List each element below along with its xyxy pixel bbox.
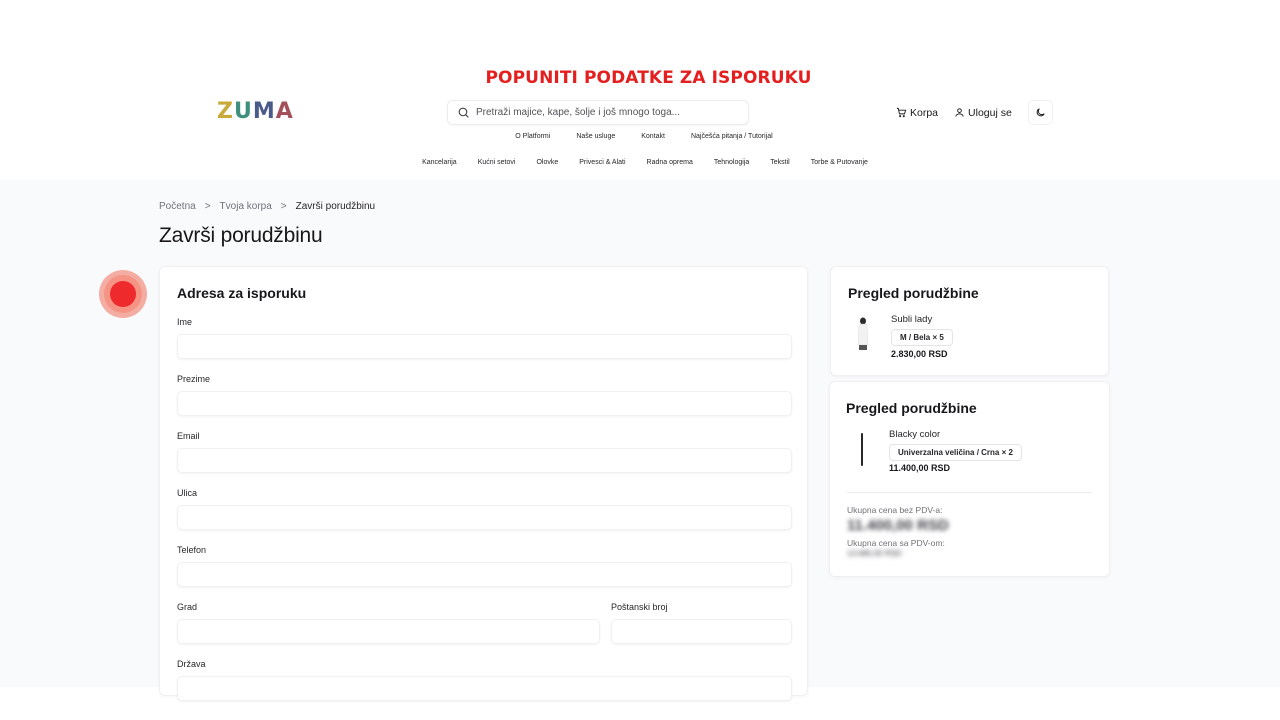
email-label: Email <box>177 431 200 441</box>
product-thumbnail-pen <box>861 433 863 466</box>
breadcrumb-current: Završi porudžbinu <box>296 201 375 212</box>
category-kucni-setovi[interactable]: Kućni setovi <box>478 159 516 166</box>
product-variant-chip: Univerzalna veličina / Crna × 2 <box>889 444 1022 461</box>
breadcrumb: Početna > Tvoja korpa > Završi porudžbin… <box>159 201 375 212</box>
country-label: Država <box>177 659 206 669</box>
logo-letter: Z <box>217 100 233 124</box>
category-torbe-putovanje[interactable]: Torbe & Putovanje <box>811 159 868 166</box>
total-with-vat-value: 13.680,00 RSD <box>847 549 902 558</box>
breadcrumb-separator: > <box>205 201 211 212</box>
last-name-field[interactable] <box>177 391 792 416</box>
nav-link-faq[interactable]: Najčešća pitanja / Tutorijal <box>691 133 773 140</box>
postal-code-label: Poštanski broj <box>611 602 668 612</box>
click-indicator-ring <box>104 275 142 313</box>
city-label: Grad <box>177 602 197 612</box>
country-field[interactable] <box>177 676 792 701</box>
instruction-banner: POPUNITI PODATKE ZA ISPORUKU <box>0 68 1280 88</box>
product-thumbnail-shirt <box>856 317 870 353</box>
last-name-label: Prezime <box>177 374 210 384</box>
breadcrumb-separator: > <box>281 201 287 212</box>
search-input[interactable] <box>476 107 736 118</box>
order-summary-title: Pregled porudžbine <box>848 285 979 301</box>
first-name-field[interactable] <box>177 334 792 359</box>
total-with-vat-label: Ukupna cena sa PDV-om: <box>847 538 945 548</box>
login-label: Uloguj se <box>968 107 1012 119</box>
cart-icon <box>896 107 907 118</box>
nav-link-o-platformi[interactable]: O Platformi <box>515 133 550 140</box>
category-privesci-alati[interactable]: Privesci & Alati <box>579 159 625 166</box>
category-olovke[interactable]: Olovke <box>536 159 558 166</box>
total-without-vat-value: 11.400,00 RSD <box>847 517 949 534</box>
postal-code-field[interactable] <box>611 619 792 644</box>
order-summary-card: Pregled porudžbine Subli lady M / Bela ×… <box>830 266 1109 376</box>
search-icon <box>457 106 470 119</box>
total-without-vat-label: Ukupna cena bez PDV-a: <box>847 505 942 515</box>
nav-link-nase-usluge[interactable]: Naše usluge <box>576 133 615 140</box>
phone-field[interactable] <box>177 562 792 587</box>
click-indicator-dot <box>110 281 136 307</box>
category-tehnologija[interactable]: Tehnologija <box>714 159 749 166</box>
logo-letter: U <box>234 100 252 124</box>
user-icon <box>954 107 965 118</box>
category-tekstil[interactable]: Tekstil <box>770 159 789 166</box>
click-indicator <box>99 270 147 318</box>
login-button[interactable]: Uloguj se <box>954 107 1012 119</box>
site-header: Z U M A Korpa Uloguj se <box>0 96 1280 128</box>
product-price: 11.400,00 RSD <box>889 463 950 473</box>
category-radna-oprema[interactable]: Radna oprema <box>647 159 693 166</box>
street-label: Ulica <box>177 488 197 498</box>
first-name-label: Ime <box>177 317 192 327</box>
summary-divider <box>847 492 1092 493</box>
phone-label: Telefon <box>177 545 206 555</box>
address-form-title: Adresa za isporuku <box>177 285 306 301</box>
email-field[interactable] <box>177 448 792 473</box>
shipping-address-card: Adresa za isporuku Ime Prezime Email Uli… <box>159 266 808 696</box>
product-name: Subli lady <box>891 314 932 325</box>
city-field[interactable] <box>177 619 600 644</box>
breadcrumb-cart[interactable]: Tvoja korpa <box>220 201 272 212</box>
zuma-logo[interactable]: Z U M A <box>217 100 301 124</box>
cart-button[interactable]: Korpa <box>896 107 938 119</box>
moon-icon <box>1035 107 1046 118</box>
nav-link-kontakt[interactable]: Kontakt <box>641 133 665 140</box>
product-variant-chip: M / Bela × 5 <box>891 329 953 346</box>
category-nav: Kancelarija Kućni setovi Olovke Privesci… <box>0 159 1280 166</box>
page: POPUNITI PODATKE ZA ISPORUKU Z U M A Kor… <box>0 0 1280 720</box>
order-summary-card: Pregled porudžbine Blacky color Univerza… <box>829 381 1110 577</box>
order-summary-title: Pregled porudžbine <box>846 400 977 416</box>
category-kancelarija[interactable]: Kancelarija <box>422 159 457 166</box>
header-actions: Korpa Uloguj se <box>896 100 1053 125</box>
breadcrumb-home[interactable]: Početna <box>159 201 196 212</box>
product-price: 2.830,00 RSD <box>891 349 948 359</box>
search-bar[interactable] <box>447 100 749 125</box>
street-field[interactable] <box>177 505 792 530</box>
secondary-nav: O Platformi Naše usluge Kontakt Najčešća… <box>0 133 1280 140</box>
logo-letter: A <box>276 100 293 124</box>
page-title: Završi porudžbinu <box>159 224 323 248</box>
product-name: Blacky color <box>889 429 940 440</box>
cart-label: Korpa <box>910 107 938 119</box>
theme-toggle-button[interactable] <box>1028 100 1053 125</box>
logo-letter: M <box>253 100 275 124</box>
